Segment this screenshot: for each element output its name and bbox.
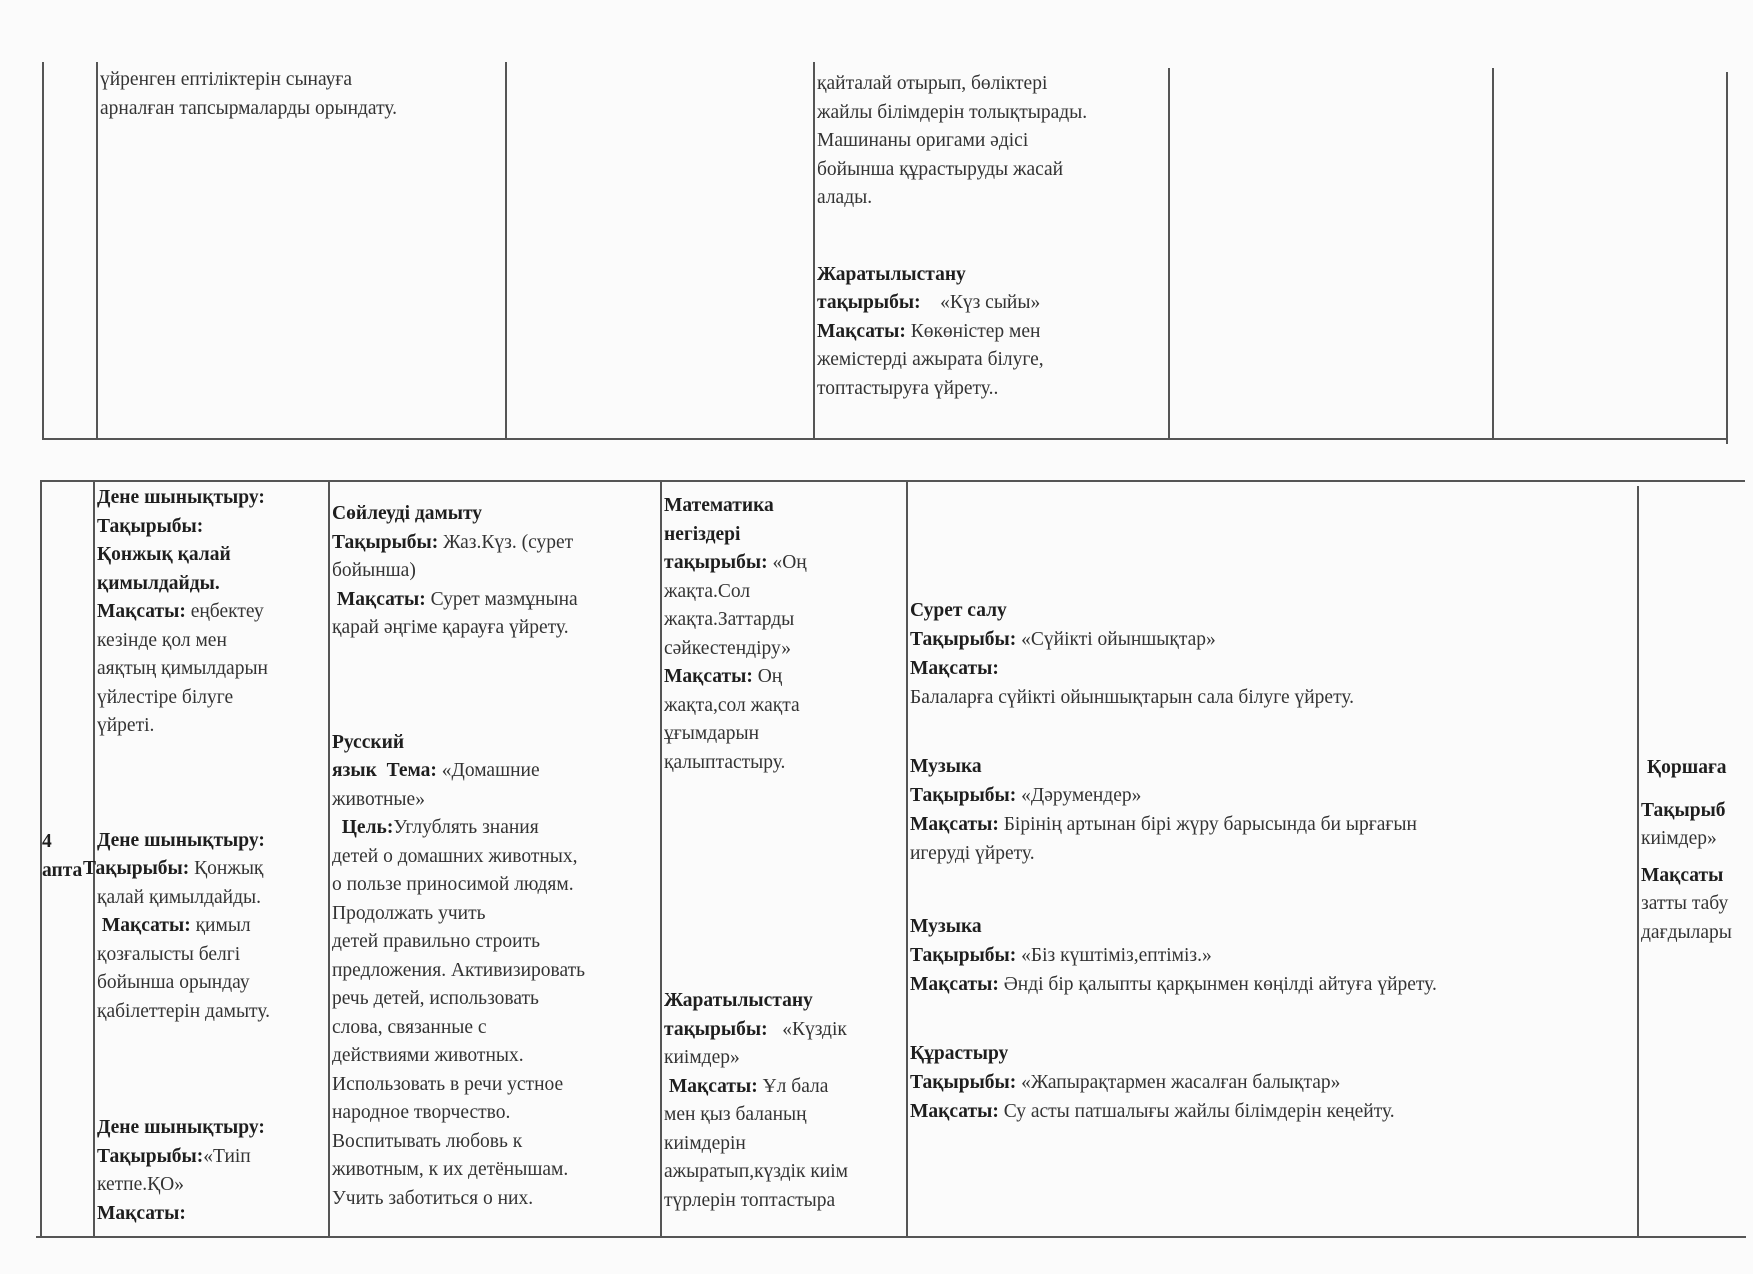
math-topic: сәйкестендіру» bbox=[664, 635, 904, 664]
week-col3-cell: Математика негіздері тақырыбы: «Оң жақта… bbox=[664, 492, 904, 1215]
goal-text: жақта,сол жақта bbox=[664, 692, 904, 721]
topic-label: Тема: bbox=[387, 760, 437, 781]
top-col1-cell: үйренген ептіліктерін сынауға арналған т… bbox=[100, 66, 500, 123]
goal-text: животным, к их детёнышам. bbox=[332, 1156, 660, 1185]
russian-subject: язык bbox=[332, 760, 377, 781]
top-col3-line: жайлы білімдерін толықтырады. bbox=[817, 99, 1167, 128]
week-table-divider-3 bbox=[660, 480, 662, 1238]
week-table-divider-4 bbox=[906, 482, 908, 1238]
goal-label: Мақсаты: bbox=[910, 974, 999, 995]
music-topic: «Дәрумендер» bbox=[1021, 785, 1141, 806]
goal-text: игеруді үйрету. bbox=[910, 839, 1635, 868]
topic-label: тақырыбы: bbox=[817, 292, 921, 313]
topic-label: Тақырыбы: bbox=[97, 1146, 203, 1167]
week-col2-cell: Сөйлеуді дамыту Тақырыбы: Жаз.Күз. (суре… bbox=[332, 500, 660, 1213]
top-table-border-left bbox=[42, 62, 44, 440]
goal-text: киімдерін bbox=[664, 1130, 904, 1159]
nature-subject: Жаратылыстану bbox=[817, 261, 1167, 290]
topic-label: тақырыбы: bbox=[664, 1019, 768, 1040]
top-table-divider-3 bbox=[813, 62, 815, 440]
goal-text: речь детей, использовать bbox=[332, 985, 660, 1014]
goal-text: Сурет мазмұнына bbox=[431, 589, 578, 610]
top-col3-cell: қайталай отырып, бөліктері жайлы білімде… bbox=[817, 70, 1167, 403]
goal-text: мен қыз баланың bbox=[664, 1101, 904, 1130]
pe-subject: Дене шынықтыру: bbox=[97, 484, 329, 513]
nature-topic: киімдер» bbox=[664, 1044, 904, 1073]
pe-topic: кетпе.ҚО» bbox=[97, 1171, 329, 1200]
goal-label: Мақсаты: bbox=[910, 1101, 999, 1122]
goal-text: үйреті. bbox=[97, 712, 329, 741]
goal-text: Оң bbox=[758, 666, 783, 687]
goal-text: бойынша орындау bbox=[97, 969, 329, 998]
week-table-border-top bbox=[40, 480, 1745, 482]
goal-text: Воспитывать любовь к bbox=[332, 1128, 660, 1157]
goal-text: народное творчество. bbox=[332, 1099, 660, 1128]
goal-text: жемістерді ажырата білуге, bbox=[817, 346, 1167, 375]
top-col3-line: алады. bbox=[817, 184, 1167, 213]
goal-text: аяқтың қимылдарын bbox=[97, 655, 329, 684]
math-topic: «Оң bbox=[772, 552, 806, 573]
goal-label: Мақсаты: bbox=[664, 666, 753, 687]
construct-topic: «Жапырақтармен жасалған балықтар» bbox=[1021, 1072, 1340, 1093]
goal-label: Мақсаты: bbox=[97, 601, 186, 622]
top-table-divider-2 bbox=[505, 62, 507, 440]
music-subject: Музыка bbox=[910, 752, 1635, 781]
goal-text: Использовать в речи устное bbox=[332, 1071, 660, 1100]
pe-subject: Дене шынықтыру: bbox=[97, 827, 329, 856]
top-table-border-right bbox=[1726, 72, 1728, 444]
drawing-subject: Сурет салу bbox=[910, 596, 1635, 625]
top-col3-line: Машинаны оригами әдісі bbox=[817, 127, 1167, 156]
week-table-border-bottom bbox=[36, 1236, 1746, 1238]
goal-text: Балаларға сүйікті ойыншықтарын сала білу… bbox=[910, 683, 1635, 712]
goal-text: Ұл бала bbox=[763, 1076, 829, 1097]
week-number: 4 bbox=[42, 828, 102, 857]
goal-text: қимыл bbox=[196, 915, 251, 936]
goal-text: действиями животных. bbox=[332, 1042, 660, 1071]
pe-subject: Дене шынықтыру: bbox=[97, 1114, 329, 1143]
pe-topic: қалай қимылдайды. bbox=[97, 884, 329, 913]
goal-text: дағдылары bbox=[1641, 919, 1753, 948]
goal-text: топтастыруға үйрету.. bbox=[817, 375, 1167, 404]
goal-label: Цель: bbox=[342, 817, 394, 838]
topic-label: Тақырыбы: bbox=[83, 858, 189, 879]
goal-text: қабілеттерін дамыту. bbox=[97, 998, 329, 1027]
pe-topic: қимылдайды. bbox=[97, 570, 329, 599]
nature-topic: «Күздік bbox=[782, 1019, 847, 1040]
week-col5-cell: Қоршаға Тақырыб киімдер» Мақсаты затты т… bbox=[1641, 754, 1753, 947]
goal-text: детей правильно строить bbox=[332, 928, 660, 957]
music-topic: «Біз күштіміз,ептіміз.» bbox=[1021, 945, 1212, 966]
top-col1-line: арналған тапсырмаларды орындату. bbox=[100, 95, 500, 124]
drawing-topic: «Сүйікті ойыншықтар» bbox=[1021, 629, 1216, 650]
goal-text: ажыратып,күздік киім bbox=[664, 1158, 904, 1187]
top-table-divider-5 bbox=[1492, 68, 1494, 440]
goal-label: Мақсаты: bbox=[337, 589, 426, 610]
pe-topic: «Тиіп bbox=[203, 1146, 250, 1167]
speech-topic: Жаз.Күз. (сурет bbox=[443, 532, 573, 553]
goal-label: Мақсаты: bbox=[102, 915, 191, 936]
goal-text: Көкөністер мен bbox=[911, 321, 1041, 342]
week-col1-cell: Дене шынықтыру: Тақырыбы: Қонжық қалай қ… bbox=[97, 484, 329, 1228]
goal-text: үйлестіре білуге bbox=[97, 684, 329, 713]
nature-subject: Жаратылыстану bbox=[664, 987, 904, 1016]
speech-topic: бойынша) bbox=[332, 557, 660, 586]
goal-text: о пользе приносимой людям. bbox=[332, 871, 660, 900]
speech-subject: Сөйлеуді дамыту bbox=[332, 500, 660, 529]
environment-topic: киімдер» bbox=[1641, 825, 1753, 854]
math-topic: жақта.Сол bbox=[664, 578, 904, 607]
math-subject: Математика bbox=[664, 492, 904, 521]
goal-text: Углублять знания bbox=[393, 817, 538, 838]
goal-text: түрлерін топтастыра bbox=[664, 1187, 904, 1216]
goal-text: слова, связанные с bbox=[332, 1014, 660, 1043]
goal-label: Мақсаты bbox=[1641, 862, 1753, 891]
goal-text: қалыптастыру. bbox=[664, 749, 904, 778]
nature-topic: «Күз сыйы» bbox=[940, 292, 1040, 313]
goal-label: Мақсаты: bbox=[910, 814, 999, 835]
top-table-divider-4 bbox=[1168, 68, 1170, 440]
top-table-divider-1 bbox=[96, 62, 98, 440]
topic-label: Тақырыб bbox=[1641, 797, 1753, 826]
topic-label: Тақырыбы: bbox=[97, 513, 329, 542]
topic-label: Тақырыбы: bbox=[910, 785, 1016, 806]
topic-label: Тақырыбы: bbox=[332, 532, 438, 553]
math-topic: жақта.Заттарды bbox=[664, 606, 904, 635]
goal-text: Бірінің артынан бірі жүру барысында би ы… bbox=[1004, 814, 1417, 835]
pe-topic: Қонжық қалай bbox=[97, 541, 329, 570]
goal-text: Продолжать учить bbox=[332, 900, 660, 929]
goal-label: Мақсаты: bbox=[97, 1200, 329, 1229]
goal-text: еңбектеу bbox=[191, 601, 264, 622]
goal-text: Учить заботиться о них. bbox=[332, 1185, 660, 1214]
goal-text: қозғалысты белгі bbox=[97, 941, 329, 970]
russian-subject: Русский bbox=[332, 729, 660, 758]
environment-subject: Қоршаға bbox=[1647, 754, 1753, 783]
goal-label: Мақсаты: bbox=[910, 654, 1635, 683]
top-col1-line: үйренген ептіліктерін сынауға bbox=[100, 66, 500, 95]
goal-text: затты табу bbox=[1641, 890, 1753, 919]
topic-label: Тақырыбы: bbox=[910, 1072, 1016, 1093]
music-subject: Музыка bbox=[910, 912, 1635, 941]
goal-text: қарай әңгіме қарауға үйрету. bbox=[332, 614, 660, 643]
goal-text: предложения. Активизировать bbox=[332, 957, 660, 986]
math-subject: негіздері bbox=[664, 521, 904, 550]
topic-label: Тақырыбы: bbox=[910, 945, 1016, 966]
russian-topic: «Домашние bbox=[442, 760, 540, 781]
week-col4-cell: Сурет салу Тақырыбы: «Сүйікті ойыншықтар… bbox=[910, 596, 1635, 1126]
top-col3-line: бойынша құрастыруды жасай bbox=[817, 156, 1167, 185]
topic-label: тақырыбы: bbox=[664, 552, 768, 573]
goal-text: кезінде қол мен bbox=[97, 627, 329, 656]
top-table-border-bottom bbox=[42, 438, 1728, 440]
goal-text: Су асты патшалығы жайлы білімдерін кеңей… bbox=[1004, 1101, 1395, 1122]
goal-text: ұғымдарын bbox=[664, 720, 904, 749]
goal-label: Мақсаты: bbox=[669, 1076, 758, 1097]
week-table-divider-5 bbox=[1637, 486, 1639, 1238]
construct-subject: Құрастыру bbox=[910, 1039, 1635, 1068]
top-col3-line: қайталай отырып, бөліктері bbox=[817, 70, 1167, 99]
pe-topic: Қонжық bbox=[194, 858, 263, 879]
goal-label: Мақсаты: bbox=[817, 321, 906, 342]
russian-topic: животные» bbox=[332, 786, 660, 815]
topic-label: Тақырыбы: bbox=[910, 629, 1016, 650]
goal-text: Әнді бір қалыпты қарқынмен көңілді айтуғ… bbox=[1004, 974, 1437, 995]
goal-text: детей о домашних животных, bbox=[332, 843, 660, 872]
